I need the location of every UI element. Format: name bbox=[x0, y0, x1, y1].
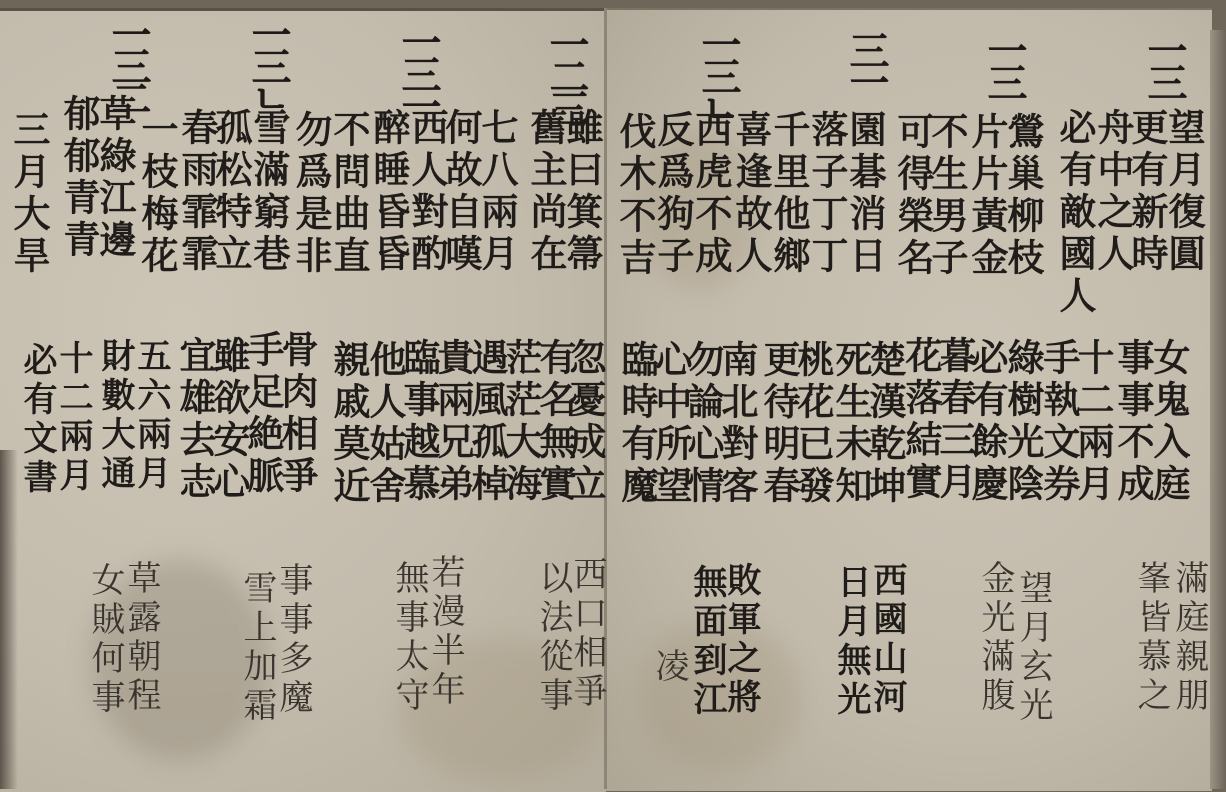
verse-column: 必有敵國人 bbox=[1056, 108, 1093, 318]
verse-column: 片片黃金 bbox=[968, 112, 1005, 280]
verse-column: 落子丁丁 bbox=[808, 110, 845, 278]
verse-column: 三月大旱 bbox=[10, 110, 47, 278]
verse-column: 勿爲是非 bbox=[292, 110, 329, 278]
manuscript-spread: 一三二 一三ㄴ 一三一 一二三 一三ㄴ 三一 一三 一三 望月復圓 更有新時 舟… bbox=[0, 0, 1226, 789]
verse-column: 若漫半年 bbox=[428, 554, 462, 710]
verse-column: 望月玄光 bbox=[1016, 570, 1050, 726]
verse-column: 雪滿窮巷 bbox=[250, 108, 287, 276]
verse-column: 雖曰箕箒 bbox=[563, 108, 600, 276]
verse-column: 更待明春 bbox=[760, 340, 797, 508]
verse-column: 女賊何事 bbox=[88, 562, 122, 718]
verse-column: 伐木不吉 bbox=[616, 112, 653, 280]
verse-column: 事事不成 bbox=[1114, 338, 1151, 506]
verse-column: 金光滿腹 bbox=[978, 560, 1012, 716]
verse-column: 他人姑舍 bbox=[366, 340, 403, 508]
verse-column: 十二兩月 bbox=[56, 340, 90, 496]
verse-column: 不問曲直 bbox=[330, 110, 367, 278]
verse-column: 可得榮名 bbox=[894, 112, 931, 280]
verse-column: 舊主尚在 bbox=[527, 108, 564, 276]
verse-column: 手執文券 bbox=[1040, 338, 1077, 506]
section-number: 一三 bbox=[984, 30, 1024, 94]
verse-column: 舟中之人 bbox=[1094, 108, 1131, 276]
verse-column: 財數大通 bbox=[98, 338, 132, 494]
verse-column: 日月無光 bbox=[834, 564, 868, 720]
verse-column: 綠樹光陰 bbox=[1004, 338, 1041, 506]
verse-column: 雪上加霜 bbox=[240, 570, 274, 726]
verse-column: 春雨霏霏 bbox=[178, 108, 215, 276]
section-number: 一三ㄴ bbox=[248, 14, 288, 110]
verse-column: 親戚莫近 bbox=[330, 340, 367, 508]
right-page-edge bbox=[1210, 30, 1226, 789]
verse-column: 以法從事 bbox=[536, 560, 570, 716]
verse-column: 反爲狗子 bbox=[654, 110, 691, 278]
verse-column: 五六兩月 bbox=[134, 338, 168, 494]
verse-column: 無面到江 bbox=[690, 564, 724, 720]
verse-column: 郁郁青青 bbox=[60, 94, 97, 262]
section-number: 一三ㄴ bbox=[698, 24, 738, 120]
verse-column: 西口相爭 bbox=[570, 556, 604, 712]
verse-column: 西國山河 bbox=[870, 562, 904, 718]
verse-column: 臨時有魔 bbox=[618, 340, 655, 508]
verse-column: 鶯巢柳枝 bbox=[1004, 112, 1041, 280]
verse-column: 峯皆慕之 bbox=[1134, 560, 1168, 716]
section-number: 一三一 bbox=[398, 22, 438, 118]
verse-column: 七八兩月 bbox=[478, 108, 515, 276]
verse-column: 西人對酌 bbox=[408, 108, 445, 276]
left-page-edge bbox=[0, 450, 18, 789]
verse-column: 凌 bbox=[652, 648, 686, 687]
section-number: 一三 bbox=[1144, 30, 1184, 94]
verse-column: 園碁消日 bbox=[846, 110, 883, 278]
verse-column: 喜逢故人 bbox=[732, 110, 769, 278]
verse-column: 草綠江邊 bbox=[96, 94, 133, 262]
verse-column: 花落結實 bbox=[902, 336, 939, 504]
section-number: 一二三 bbox=[546, 24, 586, 120]
verse-column: 滿庭親朋 bbox=[1172, 560, 1206, 716]
verse-column: 千里他鄉 bbox=[770, 110, 807, 278]
verse-column: 必有文書 bbox=[20, 342, 54, 498]
verse-column: 事事多魔 bbox=[276, 562, 310, 718]
verse-column: 女鬼入庭 bbox=[1150, 338, 1187, 506]
verse-column: 草露朝程 bbox=[124, 560, 158, 716]
verse-column: 醉睡昏昏 bbox=[370, 108, 407, 276]
section-number: 三一 bbox=[846, 30, 886, 94]
verse-column: 西虎不成 bbox=[692, 110, 729, 278]
verse-column: 無事太守 bbox=[392, 560, 426, 716]
verse-column: 死生未知 bbox=[832, 340, 869, 508]
verse-column: 宜雄去志 bbox=[176, 336, 213, 504]
verse-column: 敗軍之將 bbox=[724, 562, 758, 718]
verse-column: 一枝梅花 bbox=[138, 110, 175, 278]
verse-column: 望月復圓 bbox=[1165, 108, 1202, 276]
